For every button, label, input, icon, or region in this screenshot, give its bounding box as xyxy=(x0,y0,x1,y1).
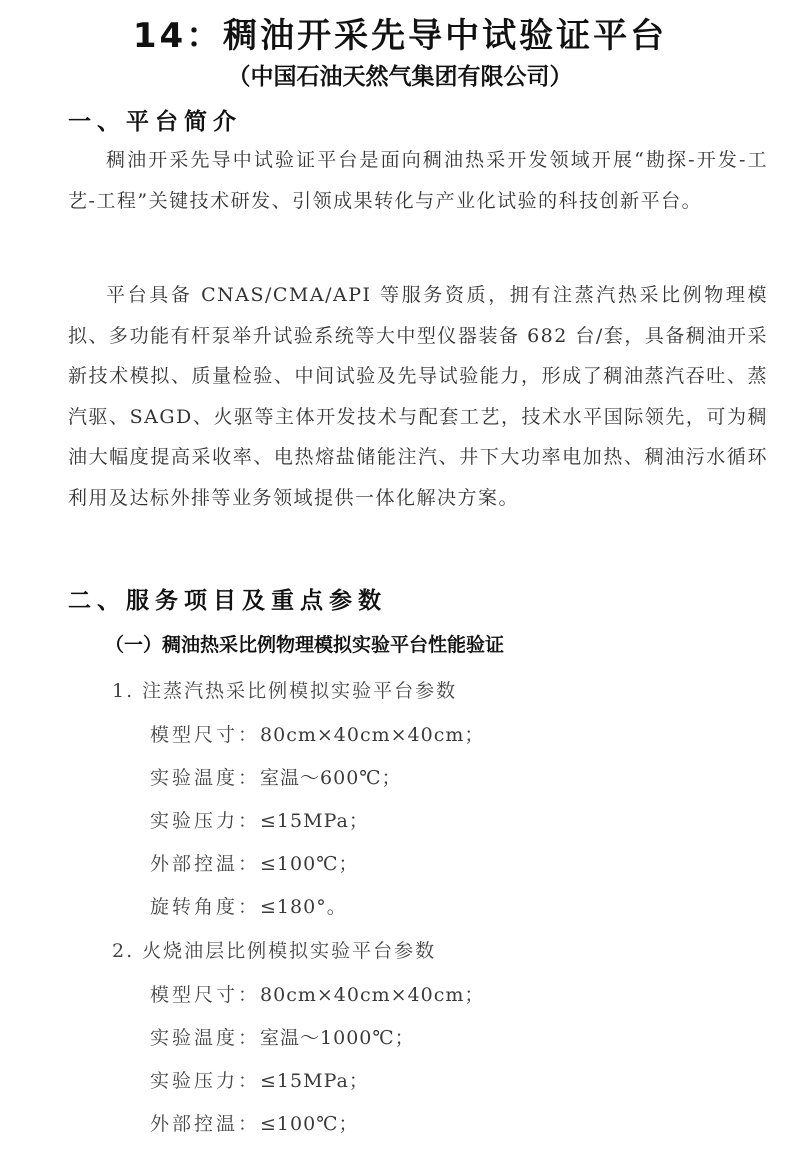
param-label: 外部控温： xyxy=(150,1113,260,1135)
param-value: ≤100℃； xyxy=(260,853,358,875)
param-label: 模型尺寸： xyxy=(150,724,260,746)
intro-paragraph-2: 平台具备 CNAS/CMA/API 等服务资质，拥有注蒸汽热采比例物理模拟、多功… xyxy=(68,275,768,518)
section-heading-services: 二、服务项目及重点参数 xyxy=(68,582,387,615)
param-row: 旋转角度：≤180°。 xyxy=(150,892,347,919)
param-value: 80cm×40cm×40cm； xyxy=(260,984,484,1006)
param-row: 外部控温：≤100℃； xyxy=(150,1109,358,1136)
document-title: 14：稠油开采先导中试验证平台 xyxy=(0,8,800,57)
param-label: 实验压力： xyxy=(150,810,260,832)
param-value: ≤180°。 xyxy=(260,896,347,918)
param-row: 模型尺寸：80cm×40cm×40cm； xyxy=(150,720,484,747)
param-row: 实验压力：≤15MPa； xyxy=(150,806,369,833)
param-label: 模型尺寸： xyxy=(150,984,260,1006)
param-row: 模型尺寸：80cm×40cm×40cm； xyxy=(150,980,484,1007)
param-row: 实验压力：≤15MPa； xyxy=(150,1066,369,1093)
document-subtitle: （中国石油天然气集团有限公司） xyxy=(0,58,800,91)
intro-paragraph-1: 稠油开采先导中试验证平台是面向稠油热采开发领域开展“勘探-开发-工艺-工程”关键… xyxy=(68,140,768,221)
item-title-1: 1. 注蒸汽热采比例模拟实验平台参数 xyxy=(112,676,457,703)
param-label: 实验压力： xyxy=(150,1070,260,1092)
param-label: 实验温度： xyxy=(150,1027,260,1049)
param-value: ≤100℃； xyxy=(260,1113,358,1135)
param-value: ≤15MPa； xyxy=(260,1070,369,1092)
param-row: 实验温度：室温～600℃； xyxy=(150,763,402,790)
param-label: 旋转角度： xyxy=(150,896,260,918)
param-value: 80cm×40cm×40cm； xyxy=(260,724,484,746)
subsection-heading: （一）稠油热采比例物理模拟实验平台性能验证 xyxy=(105,630,504,657)
param-value: ≤15MPa； xyxy=(260,810,369,832)
section-heading-intro: 一、平台简介 xyxy=(68,103,242,136)
param-value: 室温～1000℃； xyxy=(260,1027,415,1049)
param-value: 室温～600℃； xyxy=(260,767,402,789)
param-label: 外部控温： xyxy=(150,853,260,875)
param-label: 实验温度： xyxy=(150,767,260,789)
param-row: 外部控温：≤100℃； xyxy=(150,849,358,876)
item-title-2: 2. 火烧油层比例模拟实验平台参数 xyxy=(112,936,436,963)
param-row: 实验温度：室温～1000℃； xyxy=(150,1023,415,1050)
